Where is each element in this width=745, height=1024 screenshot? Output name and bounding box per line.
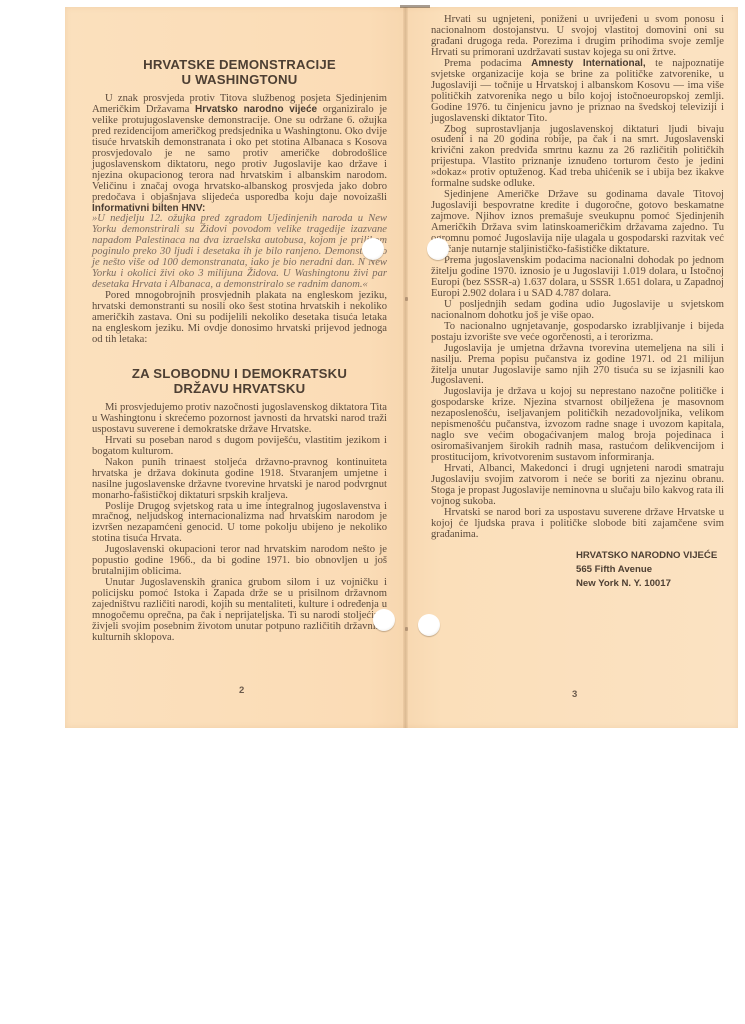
punch-hole-icon (427, 238, 449, 260)
punch-hole-icon (373, 609, 395, 631)
page-number: 3 (572, 689, 577, 700)
body-paragraph: Unutar Jugoslavenskih granica grubom sil… (92, 578, 387, 644)
page-number: 2 (239, 685, 244, 696)
scanned-pamphlet-spread: HRVATSKE DEMONSTRACIJE U WASHINGTONU U z… (65, 7, 738, 728)
punch-hole-icon (362, 238, 384, 260)
body-paragraph: Jugoslavenski okupacioni teror nad hrvat… (92, 545, 387, 578)
signature-block: HRVATSKO NARODNO VIJEĆE 565 Fifth Avenue… (576, 549, 724, 591)
body-paragraph: U posljednjih sedam godina udio Jugoslav… (431, 300, 724, 322)
amnesty-name: Amnesty International, (531, 58, 646, 69)
body-paragraph: Hrvati su poseban narod s dugom poviješć… (92, 436, 387, 458)
punch-hole-icon (418, 614, 440, 636)
leaflet-intro-paragraph: Pored mnogobrojnih prosvjednih plakata n… (92, 291, 387, 346)
leaflet-heading: ZA SLOBODNU I DEMOKRATSKU DRŽAVU HRVATSK… (92, 366, 387, 396)
right-page: Hrvati su ugnjeteni, poniženi u uvrijeđe… (407, 7, 738, 728)
left-page: HRVATSKE DEMONSTRACIJE U WASHINGTONU U z… (65, 7, 405, 728)
intro-text-b: organiziralo je velike protujugoslavensk… (92, 104, 387, 203)
heading-line-2: U WASHINGTONU (182, 72, 298, 87)
body-paragraph: Jugoslavija je država u kojoj su neprest… (431, 387, 724, 464)
body-paragraph: Hrvati, Albanci, Makedonci i drugi ugnje… (431, 464, 724, 508)
body-paragraph: Prema jugoslavenskim podacima nacionalni… (431, 256, 724, 300)
amnesty-paragraph: Prema podacima Amnesty International, te… (431, 59, 724, 125)
bulletin-name: Informativni bilten HNV: (92, 203, 205, 214)
leaflet-heading-line-2: DRŽAVU HRVATSKU (174, 381, 306, 396)
article-heading: HRVATSKE DEMONSTRACIJE U WASHINGTONU (92, 57, 387, 87)
signature-organization: HRVATSKO NARODNO VIJEĆE (576, 549, 724, 563)
leaflet-heading-line-1: ZA SLOBODNU I DEMOKRATSKU (132, 366, 347, 381)
body-paragraph: Sjedinjene Američke Države su godinama d… (431, 190, 724, 256)
body-paragraph: Jugoslavija je umjetna državna tvorevina… (431, 344, 724, 388)
body-paragraph: Mi prosvjedujemo protiv nazočnosti jugos… (92, 403, 387, 436)
heading-line-1: HRVATSKE DEMONSTRACIJE (143, 57, 336, 72)
paper-speck (405, 297, 408, 301)
body-paragraph: Zbog suprostavljanja jugoslavenskoj dikt… (431, 125, 724, 191)
body-paragraph: To nacionalno ugnjetavanje, gospodarsko … (431, 322, 724, 344)
signature-street: 565 Fifth Avenue (576, 563, 724, 577)
signature-city: New York N. Y. 10017 (576, 577, 724, 591)
paper-speck (405, 627, 408, 631)
body-paragraph: Nakon punih trinaest stoljeća državno-pr… (92, 458, 387, 502)
body-paragraph: Poslije Drugog svjetskog rata u ime inte… (92, 502, 387, 546)
intro-paragraph: U znak prosvjeda protiv Titova službenog… (92, 94, 387, 214)
organization-name: Hrvatsko narodno vijeće (195, 104, 317, 115)
amnesty-text-a: Prema podacima (444, 58, 531, 69)
body-paragraph: Hrvatski se narod bori za uspostavu suve… (431, 508, 724, 541)
bulletin-quote: »U nedjelju 12. ožujka pred zgradom Ujed… (92, 214, 387, 291)
body-paragraph: Hrvati su ugnjeteni, poniženi u uvrijeđe… (431, 15, 724, 59)
